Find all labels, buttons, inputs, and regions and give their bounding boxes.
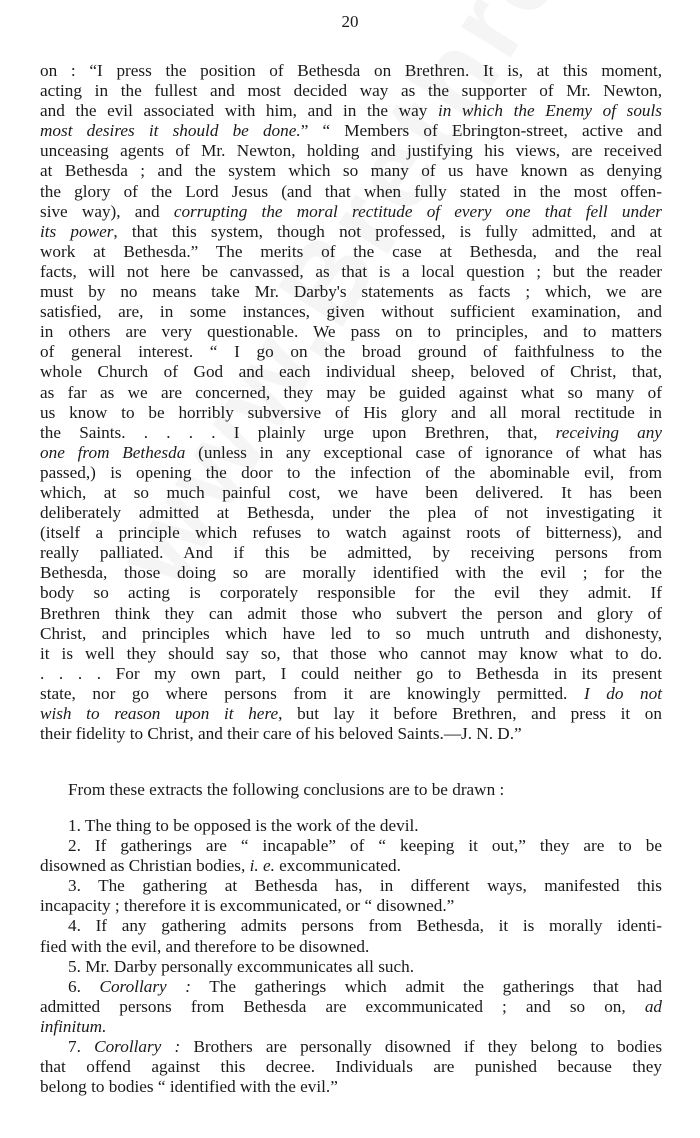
- text-run: body so acting is corporately responsibl…: [40, 583, 662, 602]
- italic-text: i. e.: [250, 856, 275, 875]
- text-run: their fidelity to Christ, and their care…: [40, 724, 522, 743]
- text-run: incapacity ; therefore it is excommunica…: [40, 896, 454, 915]
- text-run: satisfied, are, in some instances, given…: [40, 302, 662, 321]
- text-line: Christ, and principles which have led to…: [40, 624, 662, 644]
- text-run: passed,) is opening the door to the infe…: [40, 463, 662, 482]
- text-line: facts, will not here be canvassed, as th…: [40, 262, 662, 282]
- text-line: satisfied, are, in some instances, given…: [40, 302, 662, 322]
- text-line: the Saints. . . . . I plainly urge upon …: [40, 423, 662, 443]
- text-run: Bethesda, those doing so are morally ide…: [40, 563, 662, 582]
- text-line: their fidelity to Christ, and their care…: [40, 724, 662, 744]
- text-run: sive way), and: [40, 202, 174, 221]
- text-run: the glory of the Lord Jesus (and that wh…: [40, 182, 662, 201]
- conclusion-line: 2. If gatherings are “ incapable” of “ k…: [40, 836, 662, 856]
- italic-text: one from Bethesda: [40, 443, 185, 462]
- text-run: disowned as Christian bodies,: [40, 856, 250, 875]
- text-run: , but lay it before Brethren, and press …: [278, 704, 662, 723]
- quoted-paragraph: on : “I press the position of Bethesda o…: [40, 61, 662, 744]
- intro-line: From these extracts the following conclu…: [40, 780, 662, 800]
- conclusion-line: that offend against this decree. Individ…: [40, 1057, 662, 1077]
- conclusion-line: disowned as Christian bodies, i. e. exco…: [40, 856, 662, 876]
- text-line: sive way), and corrupting the moral rect…: [40, 202, 662, 222]
- text-line: and the evil associated with him, and in…: [40, 101, 662, 121]
- text-run: 2. If gatherings are “ incapable” of “ k…: [68, 836, 662, 855]
- text-line: on : “I press the position of Bethesda o…: [40, 61, 662, 81]
- text-run: 3. The gathering at Bethesda has, in dif…: [68, 876, 662, 895]
- text-line: in others are very questionable. We pass…: [40, 322, 662, 342]
- text-run: belong to bodies “ identified with the e…: [40, 1077, 338, 1096]
- text-run: (itself a principle which refuses to wat…: [40, 523, 662, 542]
- text-line: whole Church of God and each individual …: [40, 362, 662, 382]
- text-run: work at Bethesda.” The merits of the cas…: [40, 242, 662, 261]
- text-run: ” “ Members of Ebrington-street, active …: [301, 121, 662, 140]
- conclusion-line: 1. The thing to be opposed is the work o…: [40, 816, 662, 836]
- text-line: really palliated. And if this be admitte…: [40, 543, 662, 563]
- text-run: admitted persons from Bethesda are excom…: [40, 997, 645, 1016]
- text-run: 1. The thing to be opposed is the work o…: [68, 816, 419, 835]
- text-run: 7.: [68, 1037, 94, 1056]
- text-run: acting in the fullest and most decided w…: [40, 81, 662, 100]
- text-run: The gatherings which admit the gathering…: [191, 977, 662, 996]
- text-line: deliberately admitted at Bethesda, under…: [40, 503, 662, 523]
- conclusion-line: fied with the evil, and therefore to be …: [40, 937, 662, 957]
- conclusion-line: 5. Mr. Darby personally excommunicates a…: [40, 957, 662, 977]
- text-run: excommunicated.: [275, 856, 401, 875]
- conclusion-line: belong to bodies “ identified with the e…: [40, 1077, 662, 1097]
- text-run: really palliated. And if this be admitte…: [40, 543, 662, 562]
- text-run: Christ, and principles which have led to…: [40, 624, 662, 643]
- text-run: that offend against this decree. Individ…: [40, 1057, 662, 1076]
- text-run: us know to be horribly subversive of His…: [40, 403, 662, 422]
- text-run: unceasing agents of Mr. Newton, holding …: [40, 141, 662, 160]
- text-line: one from Bethesda (unless in any excepti…: [40, 443, 662, 463]
- text-run: facts, will not here be canvassed, as th…: [40, 262, 662, 281]
- text-run: of general interest. “ I go on the broad…: [40, 342, 662, 361]
- text-run: must by no means take Mr. Darby's statem…: [40, 282, 662, 301]
- italic-text: ad: [645, 997, 662, 1016]
- conclusions-list: 1. The thing to be opposed is the work o…: [40, 816, 662, 1097]
- text-run: deliberately admitted at Bethesda, under…: [40, 503, 662, 522]
- text-line: acting in the fullest and most decided w…: [40, 81, 662, 101]
- text-line: wish to reason upon it here, but lay it …: [40, 704, 662, 724]
- italic-text: receiving any: [556, 423, 662, 442]
- text-run: fied with the evil, and therefore to be …: [40, 937, 369, 956]
- text-line: the glory of the Lord Jesus (and that wh…: [40, 182, 662, 202]
- conclusions-intro: From these extracts the following conclu…: [40, 780, 662, 800]
- italic-text: in which the Enemy of souls: [438, 101, 662, 120]
- text-run: and the evil associated with him, and in…: [40, 101, 438, 120]
- text-line: us know to be horribly subversive of His…: [40, 403, 662, 423]
- text-line: most desires it should be done.” “ Membe…: [40, 121, 662, 141]
- text-run: Brothers are personally disowned if they…: [180, 1037, 662, 1056]
- text-line: state, nor go where persons from it are …: [40, 684, 662, 704]
- conclusion-line: infinitum.: [40, 1017, 662, 1037]
- text-line: Bethesda, those doing so are morally ide…: [40, 563, 662, 583]
- text-line: which, at so much painful cost, we have …: [40, 483, 662, 503]
- italic-text: I do not: [584, 684, 662, 703]
- italic-text: Corollary :: [94, 1037, 180, 1056]
- text-run: in others are very questionable. We pass…: [40, 322, 662, 341]
- text-line: work at Bethesda.” The merits of the cas…: [40, 242, 662, 262]
- text-run: it is well they should say so, that thos…: [40, 644, 662, 663]
- text-line: of general interest. “ I go on the broad…: [40, 342, 662, 362]
- text-run: as far as we are concerned, they may be …: [40, 383, 662, 402]
- italic-text: most desires it should be done.: [40, 121, 301, 140]
- italic-text: infinitum.: [40, 1017, 106, 1036]
- conclusion-line: admitted persons from Bethesda are excom…: [40, 997, 662, 1017]
- conclusion-line: 3. The gathering at Bethesda has, in dif…: [40, 876, 662, 896]
- conclusion-line: 7. Corollary : Brothers are personally d…: [40, 1037, 662, 1057]
- text-run: Brethren think they can admit those who …: [40, 604, 662, 623]
- italic-text: Corollary :: [99, 977, 190, 996]
- text-line: must by no means take Mr. Darby's statem…: [40, 282, 662, 302]
- text-line: it is well they should say so, that thos…: [40, 644, 662, 664]
- conclusion-line: 6. Corollary : The gatherings which admi…: [40, 977, 662, 997]
- italic-text: wish to reason upon it here: [40, 704, 278, 723]
- italic-text: corrupting the moral rectitude of every …: [174, 202, 662, 221]
- text-run: at Bethesda ; and the system which so ma…: [40, 161, 662, 180]
- text-run: state, nor go where persons from it are …: [40, 684, 584, 703]
- conclusion-line: incapacity ; therefore it is excommunica…: [40, 896, 662, 916]
- text-run: 6.: [68, 977, 99, 996]
- text-run: . . . . For my own part, I could neither…: [40, 664, 662, 683]
- text-line: body so acting is corporately responsibl…: [40, 583, 662, 603]
- text-run: which, at so much painful cost, we have …: [40, 483, 662, 502]
- text-run: 5. Mr. Darby personally excommunicates a…: [68, 957, 414, 976]
- text-line: Brethren think they can admit those who …: [40, 604, 662, 624]
- text-run: (unless in any exceptional case of ignor…: [185, 443, 662, 462]
- text-line: unceasing agents of Mr. Newton, holding …: [40, 141, 662, 161]
- text-run: the Saints. . . . . I plainly urge upon …: [40, 423, 556, 442]
- text-line: . . . . For my own part, I could neither…: [40, 664, 662, 684]
- text-line: at Bethesda ; and the system which so ma…: [40, 161, 662, 181]
- italic-text: its power: [40, 222, 113, 241]
- text-run: on : “I press the position of Bethesda o…: [40, 61, 662, 80]
- text-line: passed,) is opening the door to the infe…: [40, 463, 662, 483]
- text-line: its power, that this system, though not …: [40, 222, 662, 242]
- text-run: whole Church of God and each individual …: [40, 362, 662, 381]
- text-run: 4. If any gathering admits persons from …: [68, 916, 662, 935]
- text-line: (itself a principle which refuses to wat…: [40, 523, 662, 543]
- text-run: , that this system, though not professed…: [113, 222, 662, 241]
- conclusion-line: 4. If any gathering admits persons from …: [40, 916, 662, 936]
- page-number: 20: [0, 12, 700, 32]
- text-line: as far as we are concerned, they may be …: [40, 383, 662, 403]
